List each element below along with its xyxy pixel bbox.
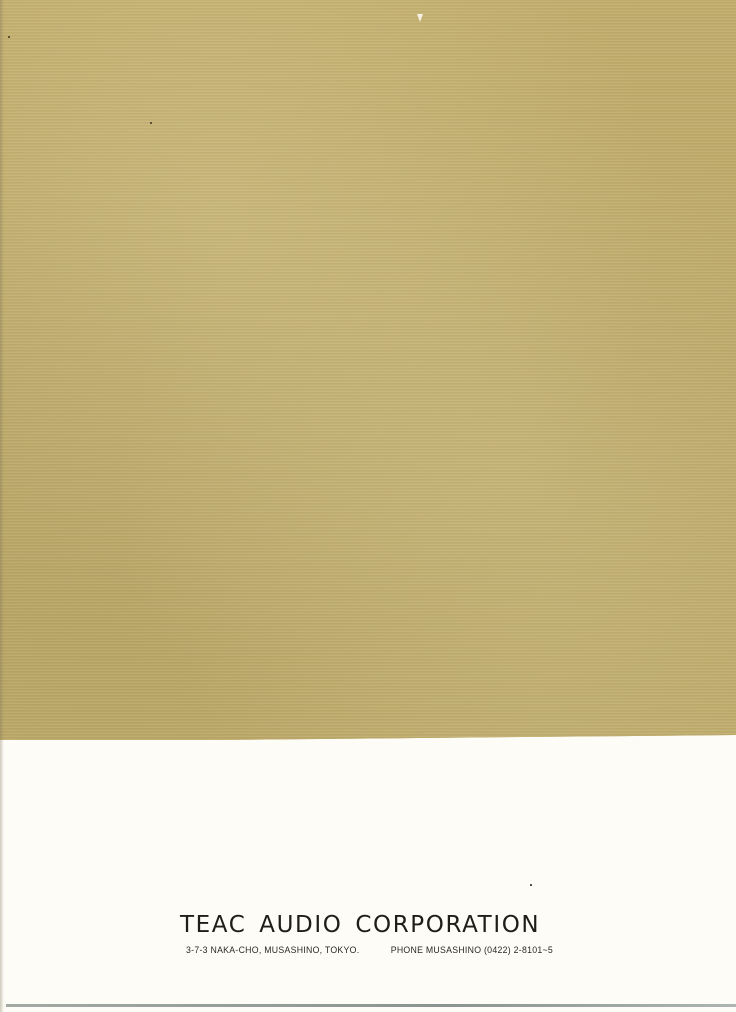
company-address: 3-7-3 NAKA-CHO, MUSASHINO, TOKYO.	[186, 945, 359, 956]
brochure-back-cover: TEAC AUDIO CORPORATION 3-7-3 NAKA-CHO, M…	[0, 0, 736, 1012]
company-name: TEAC AUDIO CORPORATION	[180, 912, 560, 938]
paper-speck	[8, 36, 10, 38]
page-edge-shadow	[0, 0, 4, 1012]
paper-tear-mark	[417, 14, 423, 22]
white-footer-area	[0, 742, 736, 1004]
gold-textured-panel	[0, 0, 736, 740]
contact-line: 3-7-3 NAKA-CHO, MUSASHINO, TOKYO.PHONE M…	[186, 945, 554, 956]
page-bottom-edge	[6, 1004, 736, 1007]
paper-speck	[150, 122, 152, 124]
company-phone: PHONE MUSASHINO (0422) 2-8101~5	[391, 945, 553, 956]
